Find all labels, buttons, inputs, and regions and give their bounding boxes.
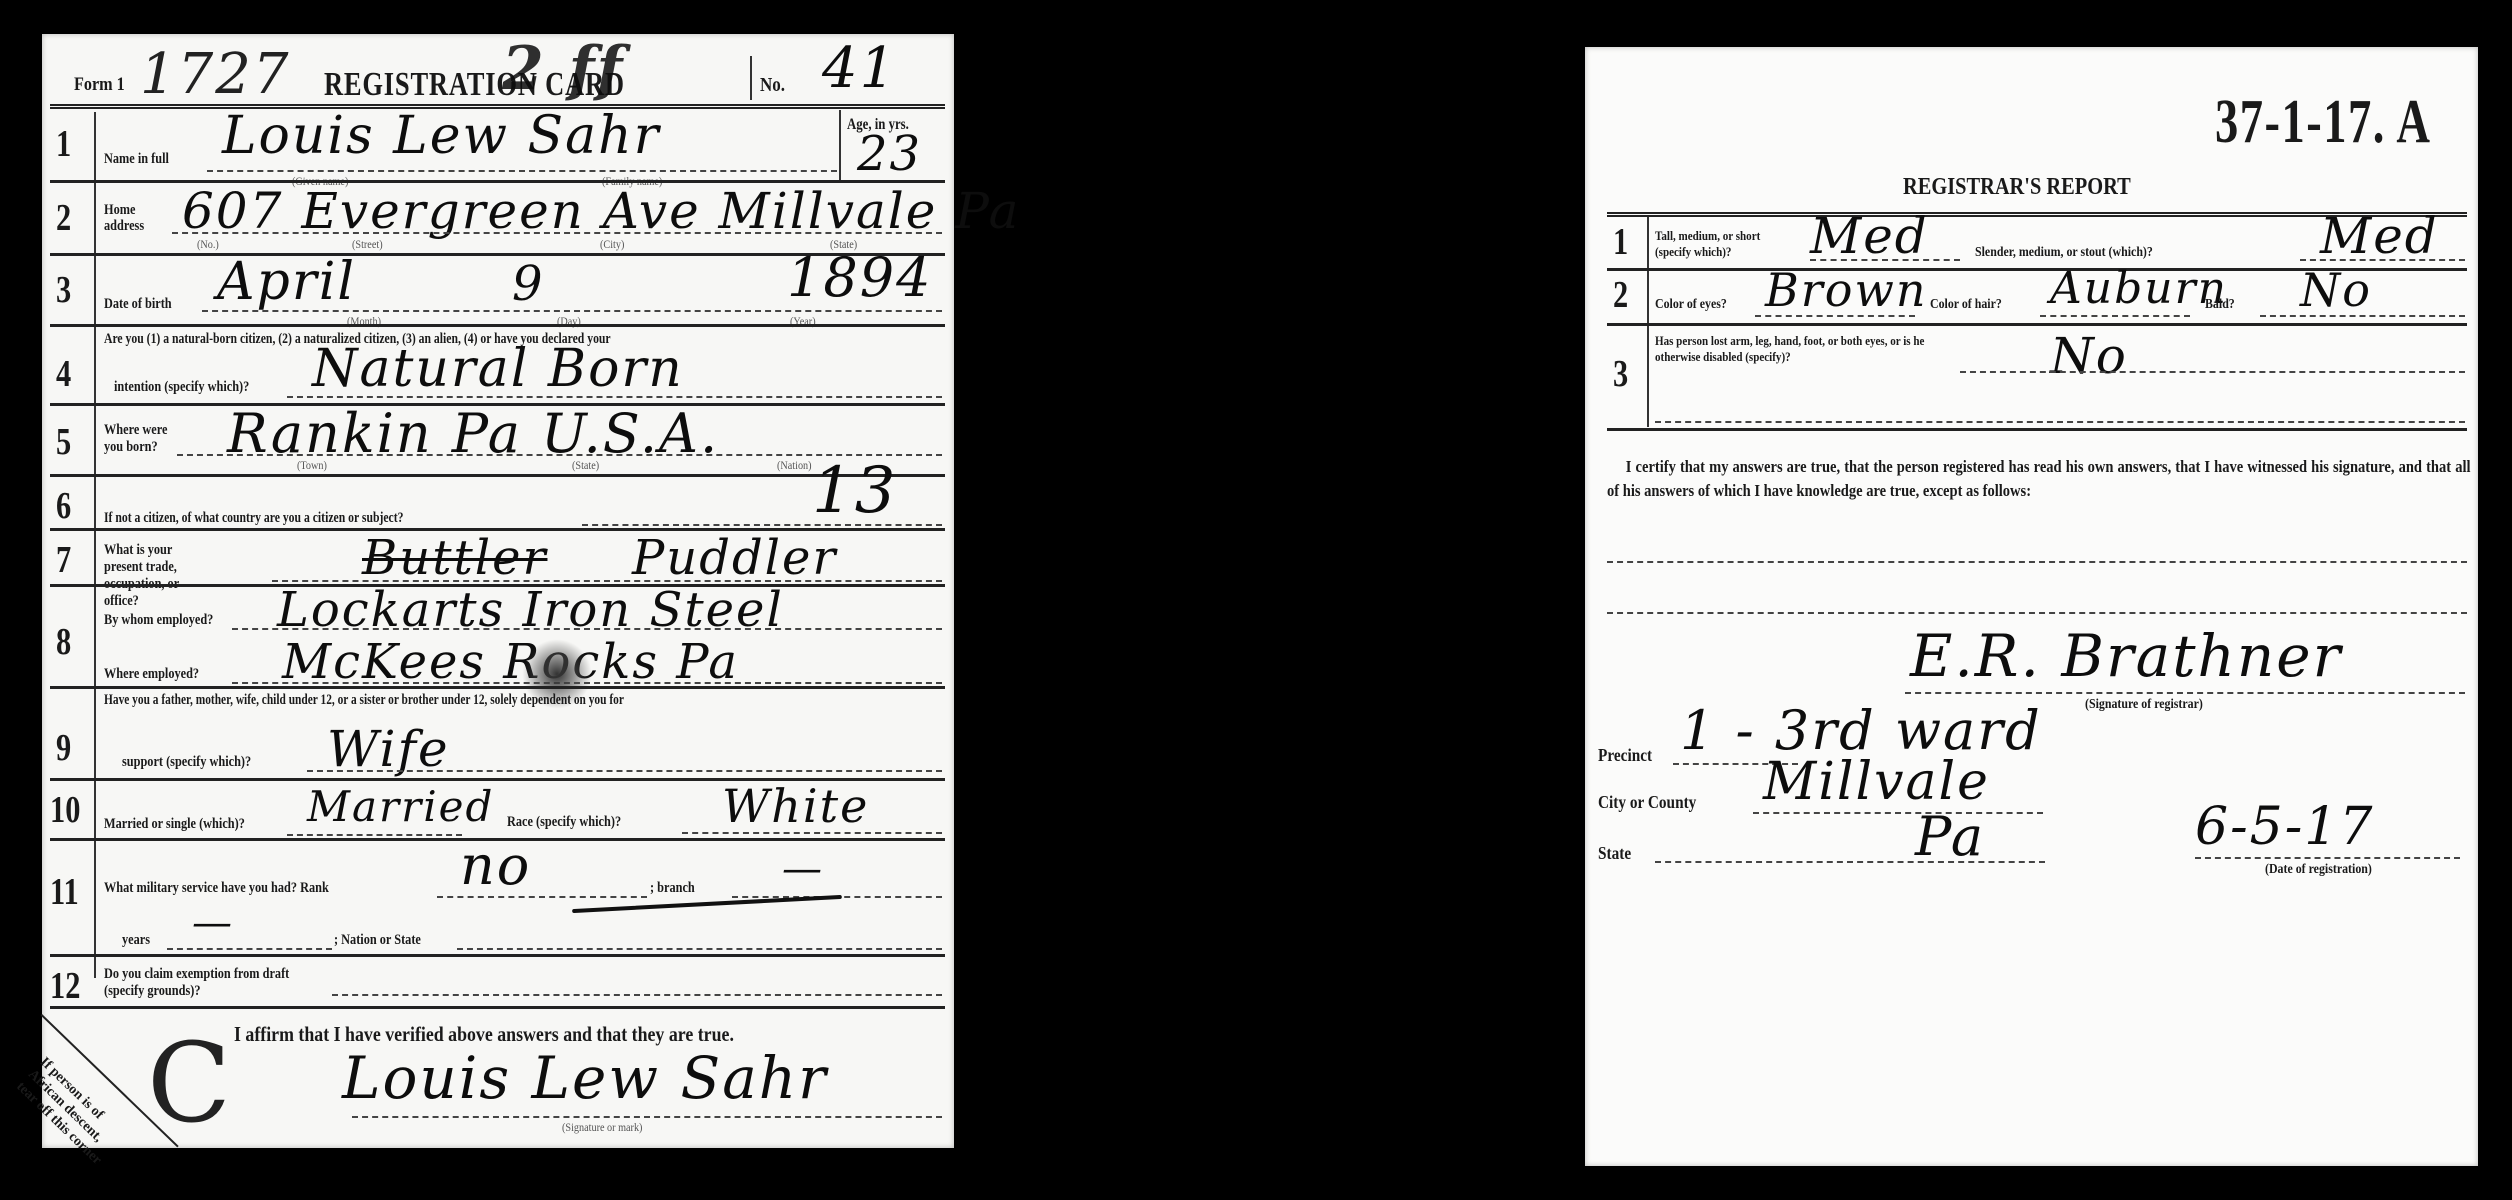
dob-line	[202, 310, 942, 312]
eye-color-value: Brown	[1765, 263, 1928, 317]
years-label: years	[122, 932, 150, 949]
registrars-report-card: 37-1-17. A REGISTRAR'S REPORT 1 Tall, me…	[1585, 47, 2478, 1166]
form-label: Form 1	[74, 74, 125, 96]
citizenship-line	[287, 396, 942, 398]
disability-value: No	[2050, 327, 2128, 385]
nation-state-line	[457, 948, 942, 950]
registrar-signature-label: (Signature of registrar)	[2085, 697, 2203, 713]
row-number: 12	[50, 964, 80, 1008]
dob-month-value: April	[217, 252, 356, 312]
military-rank-label: What military service have you had? Rank	[104, 880, 329, 897]
height-value: Med	[1810, 207, 1929, 265]
disability-line-2	[1655, 421, 2465, 423]
bald-value: No	[2300, 263, 2372, 317]
row-number: 5	[56, 420, 71, 464]
height-label: Tall, medium, or short (specify which)?	[1655, 228, 1783, 260]
report-number-divider	[1647, 217, 1649, 427]
occupation-label: What is your present trade, occupation, …	[104, 542, 211, 610]
serial-handwritten: 1727	[140, 42, 291, 107]
row-number: 3	[56, 268, 71, 312]
row-rule	[50, 954, 945, 957]
marital-value: Married	[307, 782, 494, 831]
address-no-sublabel: (No.)	[197, 237, 219, 252]
name-value: Louis Lew Sahr	[222, 106, 661, 166]
signature-line	[352, 1116, 942, 1118]
citizenship-label: intention (specify which)?	[114, 379, 249, 396]
race-value: White	[722, 779, 869, 833]
state-value: Pa	[1915, 805, 1985, 868]
registration-date-value: 6-5-17	[2195, 797, 2374, 857]
rank-line	[437, 896, 647, 898]
name-line	[207, 170, 837, 172]
dependents-line	[307, 770, 942, 772]
hair-color-label: Color of hair?	[1930, 297, 2002, 313]
registration-card: Form 1 1727 REGISTRATION CARD 2 ff No. 4…	[42, 34, 954, 1148]
number-label: No.	[760, 74, 785, 97]
report-title: REGISTRAR'S REPORT	[1903, 174, 2131, 201]
row-rule	[50, 324, 945, 327]
overwritten-mark: 2 ff	[502, 34, 624, 104]
report-stamp: 37-1-17. A	[2215, 87, 2431, 158]
exemption-label: Do you claim exemption from draft (speci…	[104, 966, 301, 1000]
row-number: 1	[1613, 220, 1628, 264]
certification-text: I certify that my answers are true, that…	[1607, 455, 2471, 503]
birthplace-label: Where were you born?	[104, 422, 170, 456]
race-label: Race (specify which)?	[507, 814, 621, 831]
home-address-label: Home address	[104, 202, 153, 234]
precinct-label: Precinct	[1598, 745, 1652, 766]
branch-label: ; branch	[650, 880, 695, 897]
registration-date-label: (Date of registration)	[2265, 862, 2372, 878]
row-rule	[50, 1006, 945, 1009]
address-city-sublabel: (City)	[600, 237, 624, 252]
disability-line	[1960, 371, 2465, 373]
state-sublabel: (State)	[572, 458, 599, 473]
build-label: Slender, medium, or stout (which)?	[1975, 245, 2153, 261]
age-value: 23	[857, 126, 922, 182]
age-divider	[839, 110, 841, 180]
employer-label: By whom employed?	[104, 612, 213, 629]
row-rule	[50, 474, 945, 477]
row-rule	[1607, 428, 2467, 431]
citizenship-country-label: If not a citizen, of what country are yo…	[104, 510, 404, 527]
address-line	[172, 232, 942, 234]
height-line	[1810, 259, 1960, 261]
employment-place-label: Where employed?	[104, 666, 199, 683]
branch-value: —	[782, 846, 824, 892]
registration-date-line	[2195, 857, 2460, 859]
corner-note: If person is of African descent, tear of…	[13, 1054, 135, 1174]
nation-sublabel: (Nation)	[777, 458, 812, 473]
occupation-struck-value: Buttler	[362, 530, 547, 586]
dob-label: Date of birth	[104, 296, 172, 313]
city-line	[1753, 812, 2043, 814]
years-line	[167, 948, 332, 950]
row-number: 2	[1613, 273, 1628, 317]
row-number: 8	[56, 620, 71, 664]
city-value: Millvale	[1763, 752, 1990, 812]
row-number: 4	[56, 352, 71, 396]
dependents-label: support (specify which)?	[122, 754, 251, 771]
military-rank-value: no	[460, 834, 531, 897]
row-number: 7	[56, 538, 71, 582]
citizenship-country-value: 13	[812, 454, 897, 528]
number-divider	[750, 56, 752, 100]
state-line	[1655, 861, 2045, 863]
exception-line-2	[1607, 612, 2467, 614]
registrar-signature-line	[1905, 692, 2465, 694]
name-label: Name in full	[104, 151, 169, 168]
disability-label: Has person lost arm, leg, hand, foot, or…	[1655, 333, 1944, 365]
row-number: 10	[50, 788, 80, 832]
nation-state-label: ; Nation or State	[334, 932, 421, 949]
marital-line	[287, 834, 462, 836]
exemption-line	[332, 994, 942, 996]
address-street-sublabel: (Street)	[352, 237, 383, 252]
number-value: 41	[822, 36, 897, 101]
row-number: 6	[56, 484, 71, 528]
country-line	[582, 524, 942, 526]
dob-day-value: 9	[512, 256, 545, 312]
signature-sublabel: (Signature or mark)	[562, 1120, 642, 1135]
build-line	[2300, 259, 2465, 261]
state-label: State	[1598, 843, 1631, 864]
marital-label: Married or single (which)?	[104, 816, 245, 833]
bald-label: Bald?	[2205, 297, 2235, 313]
occupation-value: Puddler	[632, 530, 837, 586]
employer-line	[232, 628, 942, 630]
row-number: 2	[56, 196, 71, 240]
dependents-question: Have you a father, mother, wife, child u…	[104, 692, 624, 709]
hair-color-line	[2040, 315, 2190, 317]
years-value: —	[192, 900, 234, 946]
registrant-signature: Louis Lew Sahr	[342, 1044, 828, 1112]
row-rule	[50, 686, 945, 689]
race-line	[682, 832, 942, 834]
eye-color-line	[1755, 315, 1915, 317]
row-number: 11	[50, 870, 79, 914]
build-value: Med	[2320, 207, 2439, 265]
row-number: 1	[56, 122, 71, 166]
row-number: 3	[1613, 352, 1628, 396]
row-number-divider	[94, 112, 96, 978]
registrar-signature: E.R. Brathner	[1910, 622, 2342, 690]
hair-color-value: Auburn	[2050, 263, 2228, 314]
exception-line-1	[1607, 561, 2467, 563]
row-number: 9	[56, 726, 71, 770]
citizenship-value: Natural Born	[312, 339, 684, 399]
eye-color-label: Color of eyes?	[1655, 297, 1727, 313]
bald-line	[2260, 315, 2465, 317]
town-sublabel: (Town)	[297, 458, 327, 473]
city-label: City or County	[1598, 792, 1696, 813]
row-rule	[1607, 323, 2467, 326]
dob-year-value: 1894	[787, 246, 932, 309]
